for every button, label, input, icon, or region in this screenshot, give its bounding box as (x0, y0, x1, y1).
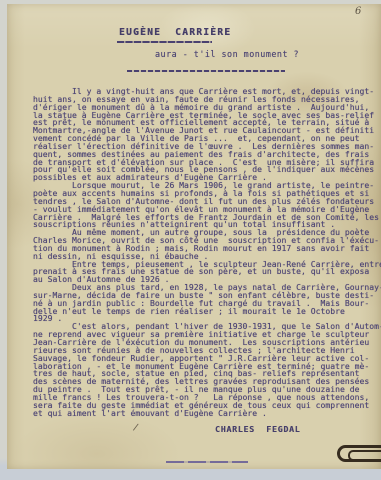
title-underline-rule (117, 41, 212, 43)
stray-ink-mark: / (132, 423, 139, 434)
document-body-text: Il y a vingt-huit ans que Carrière est m… (33, 88, 381, 417)
paper-sheet: 6 EUGÈNE CARRIÈRE aura - t'il son monume… (7, 4, 381, 469)
document-title: EUGÈNE CARRIÈRE (119, 27, 231, 38)
page-number: 6 (355, 6, 361, 17)
paperclip-icon (337, 445, 381, 462)
document-subtitle: aura - t'il son monument ? (155, 49, 299, 59)
scanned-document: { "document": { "page_number": "6", "tit… (0, 0, 381, 480)
subtitle-dashed-rule (127, 70, 285, 72)
author-signature: CHARLES FEGDAL (215, 424, 300, 434)
signature-underline-rule (166, 461, 248, 463)
